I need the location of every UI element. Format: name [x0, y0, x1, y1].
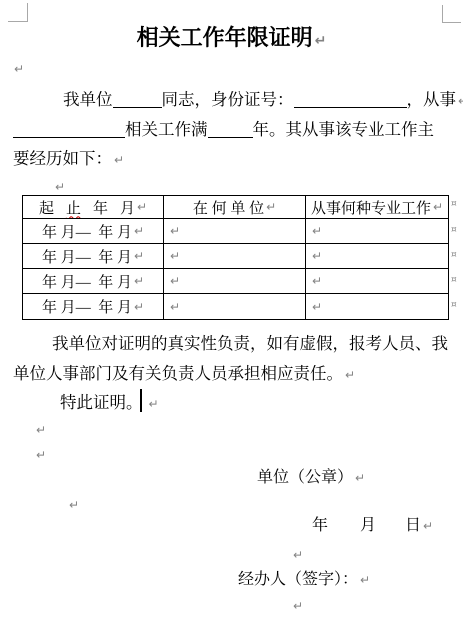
text-cursor	[140, 389, 142, 412]
header-text: 从事何种专业工作	[311, 197, 431, 218]
blank-id-number-field	[294, 91, 407, 108]
experience-table: 起止年月↵ 在 何 单 位↵ 从事何种专业工作↵ 年 月— 年 月↵ ↵ ↵ 年…	[22, 195, 449, 320]
intro-line-1: 我单位同志，身份证号：，从事↵	[63, 88, 463, 112]
date-year-label: 年	[312, 517, 328, 534]
handler-label: 经办人（签字）：	[238, 571, 358, 588]
table-cell-period[interactable]: 年 月— 年 月↵	[23, 244, 164, 269]
seal-line: 单位（公章）↵	[257, 467, 365, 489]
table-cell-job-type[interactable]: ↵	[306, 294, 448, 319]
date-month-label: 月	[360, 517, 376, 534]
pilcrow-icon: ↵	[170, 300, 180, 314]
blank-name-field	[113, 91, 162, 108]
end-of-row-mark-icon: ¤	[451, 276, 457, 285]
header-char: 年	[93, 197, 108, 218]
pilcrow-icon: ↵	[55, 181, 65, 193]
pilcrow-icon: ↵	[134, 300, 144, 314]
pilcrow-icon: ↵	[458, 94, 463, 108]
table-cell-job-type[interactable]: ↵	[306, 269, 448, 294]
seal-label: 单位（公章）	[257, 469, 353, 486]
pilcrow-icon: ↵	[69, 499, 79, 511]
pilcrow-icon: ↵	[36, 424, 46, 436]
header-text: 在 何 单 位	[193, 197, 264, 218]
statement-line-2: 单位人事部门及有关负责人员承担相应责任。↵	[13, 363, 355, 386]
intro-text: 要经历如下：	[13, 149, 112, 168]
pilcrow-icon: ↵	[14, 63, 24, 75]
period-template-text: 年 月— 年 月	[42, 246, 132, 267]
date-line: 年月日↵	[312, 515, 433, 537]
table-cell-period[interactable]: 年 月— 年 月↵	[23, 269, 164, 294]
pilcrow-icon: ↵	[423, 519, 433, 533]
period-template-text: 年 月— 年 月	[42, 296, 132, 317]
intro-line-2: 相关工作满年。其从事该专业工作主	[13, 118, 434, 140]
end-of-row-mark-icon: ¤	[451, 301, 457, 310]
intro-text: 同志，身份证号：	[162, 90, 294, 109]
pilcrow-icon: ↵	[315, 33, 327, 49]
pilcrow-icon: ↵	[433, 200, 443, 214]
pilcrow-icon: ↵	[170, 224, 180, 238]
table-cell-job-type[interactable]: ↵	[306, 219, 448, 244]
pilcrow-icon: ↵	[137, 200, 147, 214]
document-page[interactable]: 相关工作年限证明↵ ↵ 我单位同志，身份证号：，从事↵ 相关工作满年。其从事该专…	[0, 0, 463, 624]
pilcrow-icon: ↵	[134, 249, 144, 263]
table-header-employer[interactable]: 在 何 单 位↵	[164, 196, 306, 219]
pilcrow-icon: ↵	[149, 397, 159, 411]
intro-text: 我单位	[63, 90, 113, 109]
table-cell-period[interactable]: 年 月— 年 月↵	[23, 294, 164, 319]
pilcrow-icon: ↵	[134, 224, 144, 238]
document-title-line: 相关工作年限证明↵	[0, 25, 463, 54]
handler-line: 经办人（签字）：↵	[238, 569, 370, 591]
table-cell-employer[interactable]: ↵	[164, 269, 306, 294]
table-cell-employer[interactable]: ↵	[164, 219, 306, 244]
page-margin-mark-top-right	[442, 5, 461, 23]
table-cell-employer[interactable]: ↵	[164, 244, 306, 269]
pilcrow-icon: ↵	[293, 600, 303, 612]
pilcrow-icon: ↵	[312, 249, 322, 263]
statement-text: 特此证明。	[60, 393, 143, 412]
intro-line-3: 要经历如下：↵	[13, 148, 124, 171]
table-cell-period[interactable]: 年 月— 年 月↵	[23, 219, 164, 244]
pilcrow-icon: ↵	[360, 573, 370, 587]
statement-line-3: 特此证明。↵	[60, 392, 159, 415]
pilcrow-icon: ↵	[170, 249, 180, 263]
pilcrow-icon: ↵	[36, 449, 46, 461]
pilcrow-icon: ↵	[114, 153, 124, 167]
header-char-spellcheck: 止	[66, 197, 81, 218]
page-margin-mark-top-left	[8, 3, 28, 22]
period-template-text: 年 月— 年 月	[42, 271, 132, 292]
intro-text: 相关工作满	[125, 120, 208, 139]
date-day-label: 日	[405, 517, 421, 534]
table-cell-employer[interactable]: ↵	[164, 294, 306, 319]
pilcrow-icon: ↵	[355, 471, 365, 485]
end-of-row-mark-icon: ¤	[451, 226, 457, 235]
header-char: 起	[39, 197, 54, 218]
blank-years-field	[208, 121, 253, 138]
pilcrow-icon: ↵	[312, 274, 322, 288]
intro-text: ，从事	[407, 90, 457, 109]
end-of-row-mark-icon: ¤	[451, 200, 457, 209]
pilcrow-icon: ↵	[312, 300, 322, 314]
period-template-text: 年 月— 年 月	[42, 221, 132, 242]
end-of-row-mark-icon: ¤	[451, 251, 457, 260]
statement-text: 单位人事部门及有关负责人员承担相应责任。	[13, 364, 343, 383]
header-char: 月	[120, 197, 135, 218]
intro-text: 年。其从事该专业工作主	[253, 120, 435, 139]
pilcrow-icon: ↵	[266, 200, 276, 214]
pilcrow-icon: ↵	[134, 274, 144, 288]
table-header-job-type[interactable]: 从事何种专业工作↵	[306, 196, 448, 219]
document-title: 相关工作年限证明	[137, 25, 313, 50]
pilcrow-icon: ↵	[312, 224, 322, 238]
pilcrow-icon: ↵	[345, 368, 355, 382]
table-cell-job-type[interactable]: ↵	[306, 244, 448, 269]
pilcrow-icon: ↵	[170, 274, 180, 288]
statement-line-1: 我单位对证明的真实性负责，如有虚假，报考人员、我	[52, 333, 448, 354]
pilcrow-icon: ↵	[293, 549, 303, 561]
blank-profession-field	[13, 121, 125, 138]
statement-text: 我单位对证明的真实性负责，如有虚假，报考人员、我	[52, 334, 448, 353]
table-header-period[interactable]: 起止年月↵	[23, 196, 164, 219]
